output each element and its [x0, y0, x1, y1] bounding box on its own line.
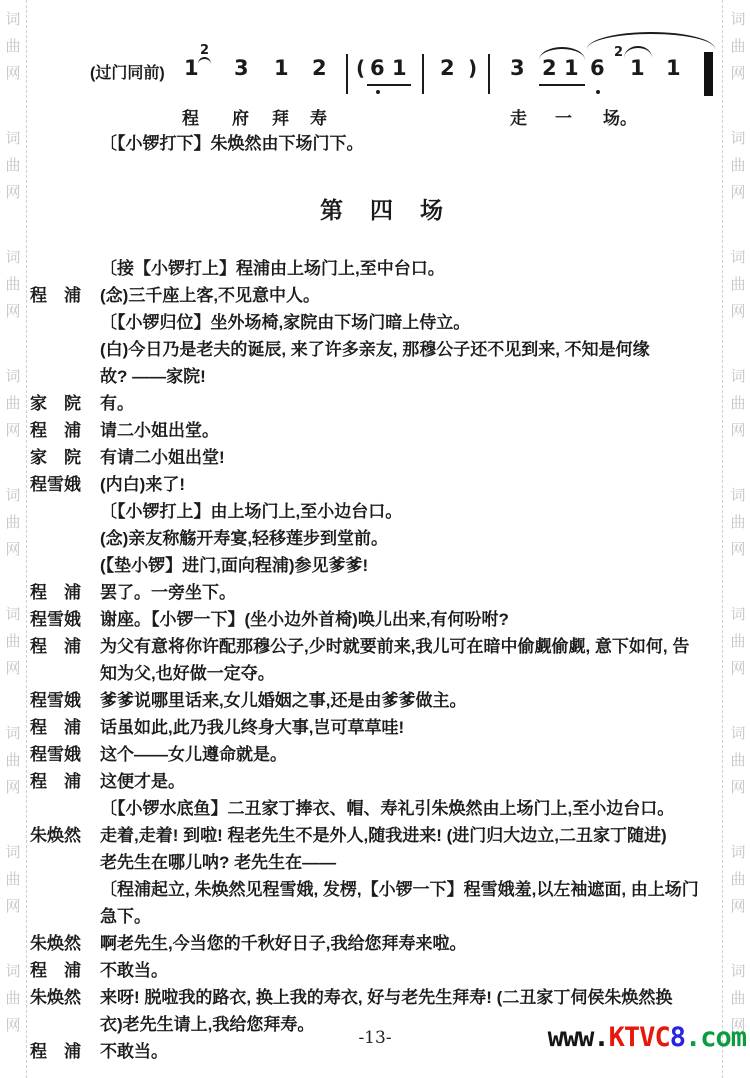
music-note: 1: [564, 58, 579, 79]
script-body: 〔【小锣打下】朱焕然由下场门下。 第 四 场 〔接【小锣打上】程浦由上场门上,至…: [30, 130, 735, 1065]
speaker-name: [30, 363, 100, 390]
watermark-character: 网: [3, 774, 23, 801]
speaker-name: 朱焕然: [30, 822, 100, 849]
speaker-name: 朱焕然: [30, 984, 100, 1011]
watermark-group: 词曲网: [3, 125, 23, 206]
speaker-name: 程 浦: [30, 282, 100, 309]
music-note: 1: [666, 58, 681, 79]
watermark-group: 词曲网: [3, 482, 23, 563]
scanned-script-page: { "page": { "ink_color": "#1b1b1b", "wat…: [0, 0, 750, 1078]
music-underline: [539, 84, 585, 86]
line-text: 老先生在哪儿呐? 老先生在——: [100, 849, 336, 876]
line-text: 啊老先生,今当您的千秋好日子,我给您拜寿来啦。: [100, 930, 466, 957]
music-label: (过门同前): [90, 60, 165, 83]
watermark-character: 词: [3, 482, 23, 509]
dialogue-row: 程 浦为父有意将你许配那穆公子,少时就要前来,我儿可在暗中偷觑偷觑, 意下如何,…: [30, 633, 735, 660]
stage-direction-row: 〔【小锣归位】坐外场椅,家院由下场门暗上侍立。: [30, 309, 735, 336]
music-slur: [587, 32, 715, 49]
line-text: (念)三千座上客,不见意中人。: [100, 282, 320, 309]
line-text: 话虽如此,此乃我儿终身大事,岂可草草哇!: [100, 714, 404, 741]
music-note: 6: [370, 58, 385, 79]
watermark-character: 词: [3, 125, 23, 152]
site-watermark-part: 8: [670, 1022, 685, 1053]
dialogue-row: 家 院有。: [30, 390, 735, 417]
site-watermark-part: KTVC: [609, 1022, 670, 1053]
dialogue-row: 程 浦这便才是。: [30, 768, 735, 795]
line-text: 故? ——家院!: [100, 363, 206, 390]
music-lyric: 走: [510, 104, 527, 129]
dialogue-row: 家 院有请二小姐出堂!: [30, 444, 735, 471]
continuation-row: 老先生在哪儿呐? 老先生在——: [30, 849, 735, 876]
line-text: 不敢当。: [100, 957, 168, 984]
watermark-character: 曲: [3, 152, 23, 179]
music-underline: [367, 84, 411, 86]
continuation-row: (白)今日乃是老夫的诞辰, 来了许多亲友, 那穆公子还不见到来, 不知是何缘: [30, 336, 735, 363]
line-text: 这个——女儿遵命就是。: [100, 741, 287, 768]
stage-direction-row: 〔【小锣打上】由上场门上,至小边台口。: [30, 498, 735, 525]
line-text: 〔【小锣水底鱼】二丑家丁捧衣、帽、寿礼引朱焕然由上场门上,至小边台口。: [100, 795, 674, 822]
music-note: 1: [392, 58, 407, 79]
watermark-group: 词曲网: [3, 839, 23, 920]
music-note: 3: [234, 58, 249, 79]
continuation-row: (念)亲友称觞开寿宴,轻移莲步到堂前。: [30, 525, 735, 552]
watermark-character: 词: [3, 363, 23, 390]
speaker-name: [30, 309, 100, 336]
dialogue-row: 朱焕然啊老先生,今当您的千秋好日子,我给您拜寿来啦。: [30, 930, 735, 957]
left-dashed-rule: [26, 0, 27, 1078]
watermark-group: 词曲网: [3, 363, 23, 444]
music-note: 3: [510, 58, 525, 79]
watermark-character: 词: [3, 601, 23, 628]
stage-direction-row: 〔【小锣打下】朱焕然由下场门下。: [30, 130, 735, 157]
stage-direction-row: 〔【小锣水底鱼】二丑家丁捧衣、帽、寿礼引朱焕然由上场门上,至小边台口。: [30, 795, 735, 822]
line-text: (内白)来了!: [100, 471, 185, 498]
stage-direction-row: 〔程浦起立, 朱焕然见程雪娥, 发楞,【小锣一下】程雪娥羞,以左袖遮面, 由上场…: [30, 876, 735, 903]
stage-direction-row: 〔接【小锣打上】程浦由上场门上,至中台口。: [30, 255, 735, 282]
dialogue-row: 程雪娥这个——女儿遵命就是。: [30, 741, 735, 768]
line-text: 〔接【小锣打上】程浦由上场门上,至中台口。: [100, 255, 445, 282]
dialogue-lines: 〔接【小锣打上】程浦由上场门上,至中台口。程 浦(念)三千座上客,不见意中人。〔…: [30, 255, 735, 1065]
dialogue-row: 程 浦请二小姐出堂。: [30, 417, 735, 444]
continuation-row: 故? ——家院!: [30, 363, 735, 390]
line-text: 有。: [100, 390, 134, 417]
watermark-character: 词: [3, 6, 23, 33]
music-lyric: 一: [555, 104, 572, 129]
line-text: 这便才是。: [100, 768, 185, 795]
speaker-name: [30, 498, 100, 525]
speaker-name: 程 浦: [30, 714, 100, 741]
speaker-name: 朱焕然: [30, 930, 100, 957]
music-note: 2: [312, 58, 327, 79]
watermark-character: 网: [3, 536, 23, 563]
dialogue-row: 程 浦罢了。一旁坐下。: [30, 579, 735, 606]
music-grace: 2: [200, 44, 209, 57]
music-slur: [198, 57, 211, 64]
line-text: 〔【小锣归位】坐外场椅,家院由下场门暗上侍立。: [100, 309, 470, 336]
music-dot: [376, 90, 380, 94]
music-lyric: 府: [232, 104, 249, 129]
music-finalbar: [704, 52, 713, 96]
watermark-group: 词曲网: [3, 720, 23, 801]
music-note: 2: [440, 58, 455, 79]
line-text: 〔【小锣打上】由上场门上,至小边台口。: [100, 498, 402, 525]
left-watermark-column: 词曲网词曲网词曲网词曲网词曲网词曲网词曲网词曲网词曲网: [3, 6, 23, 1077]
music-note: 6: [590, 58, 605, 79]
line-text: 请二小姐出堂。: [100, 417, 219, 444]
music-dot: [596, 90, 600, 94]
dialogue-row: 程雪娥谢座。【小锣一下】(坐小边外首椅)唤儿出来,有何吩咐?: [30, 606, 735, 633]
speaker-name: 程 浦: [30, 579, 100, 606]
jianpu-notation: (过门同前)12312(612)3216211程府拜寿走一场。: [90, 40, 740, 140]
dialogue-row: 程雪娥爹爹说哪里话来,女儿婚姻之事,还是由爹爹做主。: [30, 687, 735, 714]
line-text: 谢座。【小锣一下】(坐小边外首椅)唤儿出来,有何吩咐?: [100, 606, 509, 633]
line-text: 知为父,也好做一定夺。: [100, 660, 275, 687]
speaker-name: [30, 795, 100, 822]
dialogue-row: 程 浦不敢当。: [30, 957, 735, 984]
watermark-character: 词: [3, 244, 23, 271]
speaker-name: 程 浦: [30, 768, 100, 795]
watermark-character: 网: [3, 417, 23, 444]
dialogue-row: 程雪娥(内白)来了!: [30, 471, 735, 498]
line-text: 为父有意将你许配那穆公子,少时就要前来,我儿可在暗中偷觑偷觑, 意下如何, 告: [100, 633, 689, 660]
line-text: (【垫小锣】进门,面向程浦)参见爹爹!: [100, 552, 368, 579]
music-bar: [488, 54, 490, 94]
line-text: 走着,走着! 到啦! 程老先生不是外人,随我进来! (进门归大边立,二丑家丁随进…: [100, 822, 667, 849]
watermark-character: 网: [3, 655, 23, 682]
dialogue-row: 朱焕然来呀! 脱啦我的路衣, 换上我的寿衣, 好与老先生拜寿! (二丑家丁伺侯朱…: [30, 984, 735, 1011]
watermark-character: 曲: [3, 866, 23, 893]
speaker-name: 家 院: [30, 444, 100, 471]
line-text: 〔程浦起立, 朱焕然见程雪娥, 发楞,【小锣一下】程雪娥羞,以左袖遮面, 由上场…: [100, 876, 699, 903]
line-text: 爹爹说哪里话来,女儿婚姻之事,还是由爹爹做主。: [100, 687, 466, 714]
watermark-group: 词曲网: [3, 6, 23, 87]
speaker-name: [30, 255, 100, 282]
music-slur: [539, 47, 585, 60]
line-text: 〔【小锣打下】朱焕然由下场门下。: [100, 130, 364, 157]
watermark-character: 词: [3, 958, 23, 985]
site-watermark-part: www.: [548, 1022, 609, 1053]
watermark-character: 曲: [3, 33, 23, 60]
line-text: 有请二小姐出堂!: [100, 444, 225, 471]
speaker-name: [30, 903, 100, 930]
music-note: 1: [274, 58, 289, 79]
line-text: (白)今日乃是老夫的诞辰, 来了许多亲友, 那穆公子还不见到来, 不知是何缘: [100, 336, 650, 363]
speaker-name: [30, 336, 100, 363]
watermark-character: 曲: [3, 985, 23, 1012]
watermark-character: 词: [3, 839, 23, 866]
site-watermark: www.KTVC8.com: [548, 1022, 746, 1053]
dialogue-row: 程 浦(念)三千座上客,不见意中人。: [30, 282, 735, 309]
speaker-name: 程雪娥: [30, 741, 100, 768]
music-lyric: 程: [182, 104, 199, 129]
speaker-name: 家 院: [30, 390, 100, 417]
dialogue-row: 朱焕然走着,走着! 到啦! 程老先生不是外人,随我进来! (进门归大边立,二丑家…: [30, 822, 735, 849]
continuation-row: (【垫小锣】进门,面向程浦)参见爹爹!: [30, 552, 735, 579]
watermark-character: 词: [728, 6, 748, 33]
speaker-name: 程 浦: [30, 417, 100, 444]
music-lyric: 拜: [272, 104, 289, 129]
music-lyric: 场。: [603, 104, 637, 129]
watermark-group: 词曲网: [3, 244, 23, 325]
music-bar: [422, 54, 424, 94]
line-text: 来呀! 脱啦我的路衣, 换上我的寿衣, 好与老先生拜寿! (二丑家丁伺侯朱焕然换: [100, 984, 672, 1011]
watermark-character: 网: [3, 298, 23, 325]
line-text: (念)亲友称觞开寿宴,轻移莲步到堂前。: [100, 525, 388, 552]
music-paren: ): [468, 58, 477, 78]
site-watermark-part: .com: [685, 1022, 746, 1053]
watermark-character: 网: [3, 60, 23, 87]
continuation-row: 急下。: [30, 903, 735, 930]
speaker-name: 程雪娥: [30, 687, 100, 714]
pre-title-lines: 〔【小锣打下】朱焕然由下场门下。: [30, 130, 735, 157]
scene-title: 第 四 场: [30, 193, 735, 227]
watermark-character: 曲: [3, 509, 23, 536]
music-bar: [346, 54, 348, 94]
line-text: 急下。: [100, 903, 151, 930]
watermark-character: 网: [3, 893, 23, 920]
dialogue-row: 程 浦话虽如此,此乃我儿终身大事,岂可草草哇!: [30, 714, 735, 741]
music-lyric: 寿: [310, 104, 327, 129]
speaker-name: 程 浦: [30, 957, 100, 984]
watermark-group: 词曲网: [3, 958, 23, 1039]
watermark-character: 曲: [3, 628, 23, 655]
music-note: 2: [542, 58, 557, 79]
speaker-name: 程雪娥: [30, 471, 100, 498]
speaker-name: [30, 876, 100, 903]
speaker-name: [30, 525, 100, 552]
line-text: 罢了。一旁坐下。: [100, 579, 236, 606]
continuation-row: 知为父,也好做一定夺。: [30, 660, 735, 687]
watermark-character: 曲: [3, 390, 23, 417]
music-note: 1: [630, 58, 645, 79]
watermark-character: 网: [3, 179, 23, 206]
music-note: 1: [184, 58, 199, 79]
watermark-character: 曲: [3, 747, 23, 774]
speaker-name: 程雪娥: [30, 606, 100, 633]
speaker-name: [30, 660, 100, 687]
watermark-character: 曲: [3, 271, 23, 298]
speaker-name: 程 浦: [30, 633, 100, 660]
watermark-group: 词曲网: [3, 601, 23, 682]
music-paren: (: [356, 58, 365, 78]
speaker-name: [30, 130, 100, 157]
speaker-name: [30, 849, 100, 876]
watermark-character: 词: [3, 720, 23, 747]
speaker-name: [30, 552, 100, 579]
